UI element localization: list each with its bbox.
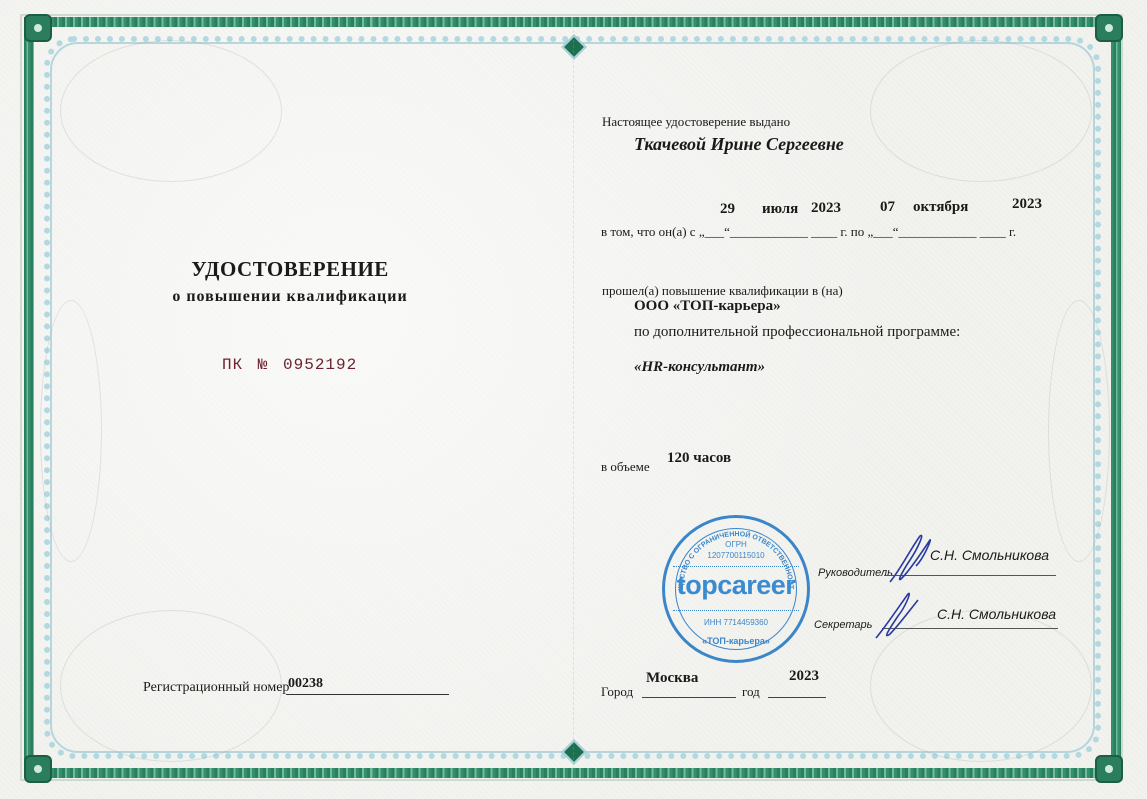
- certificate-title: УДОСТОВЕРЕНИЕ: [140, 257, 440, 282]
- guilloche-pattern: [40, 300, 102, 562]
- corner-ornament-icon: [1095, 14, 1123, 42]
- recipient-name: Ткачевой Ирине Сергеевне: [634, 134, 844, 155]
- start-year: 2023: [811, 200, 841, 217]
- corner-ornament-icon: [24, 755, 52, 783]
- registration-number: 00238: [288, 676, 323, 692]
- end-day: 07: [880, 199, 895, 216]
- program-name: «HR-консультант»: [634, 359, 765, 376]
- organization-name: ООО «ТОП-карьера»: [634, 298, 781, 315]
- city-underline: [642, 697, 736, 698]
- city-label: Город: [601, 684, 633, 700]
- start-month: июля: [762, 201, 798, 218]
- issued-label: Настоящее удостоверение выдано: [602, 114, 790, 130]
- year-value: 2023: [789, 668, 819, 685]
- date-row-template: в том, что он(а) с „___“____________ ___…: [601, 224, 1016, 240]
- certificate-subtitle: о повышении квалификации: [140, 288, 440, 306]
- stamp-divider: [673, 610, 799, 611]
- passed-label: прошел(а) повышение квалификации в (на): [602, 283, 843, 299]
- registration-underline: [286, 694, 449, 695]
- secretary-role-label: Секретарь: [814, 619, 872, 631]
- stamp-inn: ИНН 7714459360: [665, 618, 807, 627]
- stamp-brand: topcareer: [665, 570, 807, 601]
- guilloche-pattern: [870, 40, 1092, 182]
- head-signature-icon: [880, 530, 940, 590]
- stamp-divider: [673, 566, 799, 567]
- serial-number: ПК № 0952192: [222, 356, 357, 374]
- volume-label: в объеме: [601, 459, 650, 475]
- start-day: 29: [720, 201, 735, 218]
- corner-ornament-icon: [1095, 755, 1123, 783]
- year-underline: [768, 697, 826, 698]
- page-fold: [573, 30, 574, 770]
- secretary-signature-icon: [870, 588, 930, 643]
- end-month: октября: [913, 199, 968, 216]
- year-label: год: [742, 684, 760, 700]
- city-value: Москва: [646, 670, 698, 687]
- guilloche-pattern: [60, 40, 282, 182]
- end-year: 2023: [1012, 196, 1042, 213]
- stamp-ogrn: 1207700115010: [665, 551, 807, 560]
- stamp-bottom-text: «ТОП-карьера»: [665, 636, 807, 646]
- stamp-ogrn-label: ОГРН: [665, 540, 807, 549]
- head-name: С.Н. Смольникова: [930, 547, 1049, 563]
- secretary-name: С.Н. Смольникова: [937, 606, 1056, 622]
- program-label: по дополнительной профессиональной прогр…: [634, 324, 960, 341]
- company-stamp: ОБЩЕСТВО С ОГРАНИЧЕННОЙ ОТВЕТСТВЕННОСТЬЮ…: [662, 515, 810, 663]
- volume-hours: 120 часов: [667, 450, 731, 467]
- corner-ornament-icon: [24, 14, 52, 42]
- guilloche-pattern: [1048, 300, 1110, 562]
- registration-label: Регистрационный номер: [143, 680, 289, 696]
